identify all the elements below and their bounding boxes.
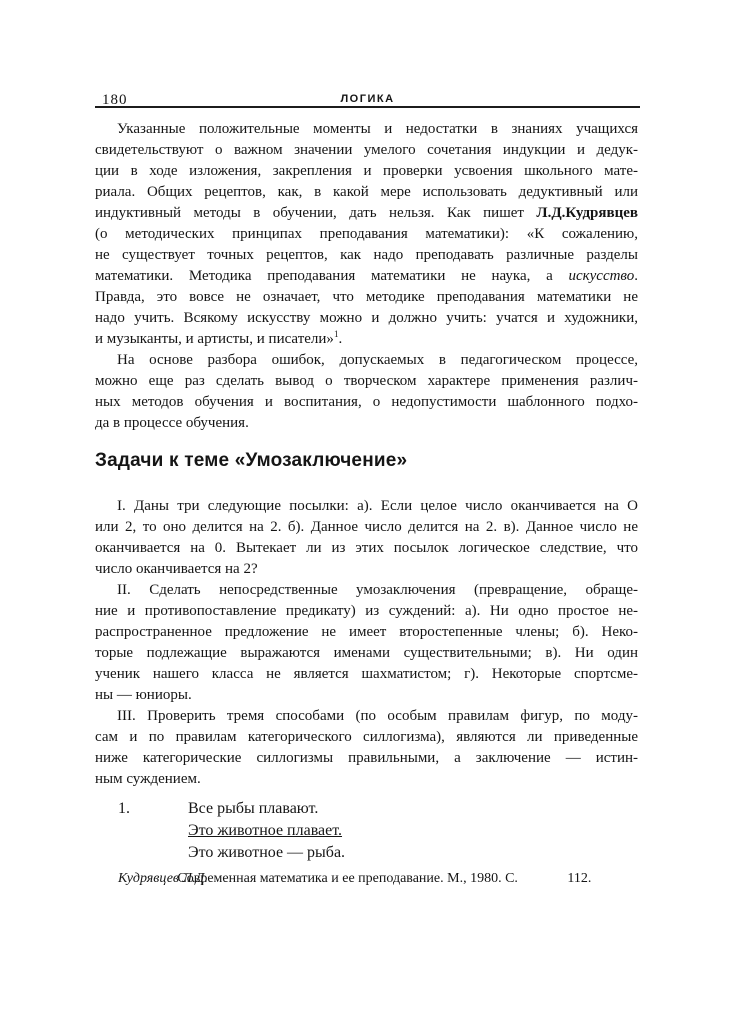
syllogism-item: 1. Все рыбы плавают. Это животное плавае… (95, 798, 638, 864)
book-page: 180 ЛОГИКА Указанные положительные момен… (0, 0, 732, 1024)
footnote-title: Современная математика и ее преподавание… (177, 871, 518, 886)
section-heading: Задачи к теме «Умозаключение» (95, 448, 638, 474)
task-paragraph-2: II. Сделать непосредственные умозаключен… (95, 580, 638, 706)
syllogism-premise-2: Это животное плавает. (188, 820, 345, 842)
running-title: ЛОГИКА (95, 93, 640, 105)
syllogism-body: Все рыбы плавают. Это животное плавает. … (188, 798, 345, 864)
intro-paragraph-1: Указанные положительные моменты и недост… (95, 119, 638, 350)
page-body: Указанные положительные моменты и недост… (95, 119, 638, 888)
task-paragraph-3: III. Проверить тремя способами (по особы… (95, 706, 638, 790)
syllogism-premise-1: Все рыбы плавают. (188, 798, 345, 820)
page-header: 180 ЛОГИКА (95, 88, 640, 108)
footnote-page-ref: 112. (567, 871, 591, 886)
intro-paragraph-2: На основе разбора ошибок, допускаемых в … (95, 350, 638, 434)
syllogism-conclusion: Это животное — рыба. (188, 842, 345, 864)
task-paragraph-1: I. Даны три следующие посылки: а). Если … (95, 496, 638, 580)
syllogism-number: 1. (118, 798, 188, 864)
task-list: I. Даны три следующие посылки: а). Если … (95, 496, 638, 790)
footnote: Кудрявцев Л.Д. Современная математика и … (95, 869, 638, 888)
